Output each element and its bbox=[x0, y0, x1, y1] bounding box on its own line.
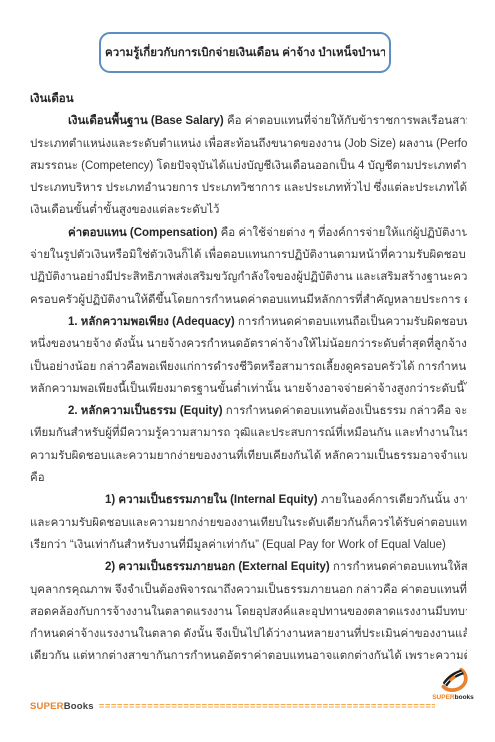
bold-lead: 2. หลักความเป็นธรรม (Equity) bbox=[68, 405, 223, 417]
text-line: 2. หลักความเป็นธรรม (Equity) การกำหนดค่า… bbox=[30, 400, 467, 422]
bold-lead: 1. หลักความพอเพียง (Adequacy) bbox=[68, 316, 235, 328]
footer-brand-books: Books bbox=[64, 701, 94, 712]
subitem-external-equity: 2) ความเป็นธรรมภายนอก (External Equity) … bbox=[30, 556, 467, 667]
title-box: ความรู้เกี่ยวกับการเบิกจ่ายเงินเดือน ค่า… bbox=[99, 32, 391, 73]
text-run: การกำหนดค่าตอบแทนถือเป็นความรับผิดชอบทาง… bbox=[235, 316, 467, 328]
text-line: จ่ายในรูปตัวเงินหรือมิใช่ตัวเงินก็ได้ เพ… bbox=[30, 244, 467, 266]
item-adequacy: 1. หลักความพอเพียง (Adequacy) การกำหนดค่… bbox=[30, 311, 467, 400]
document-body: เงินเดือน เงินเดือนพื้นฐาน (Base Salary)… bbox=[30, 88, 467, 668]
text-line: หนึ่งของนายจ้าง ดังนั้น นายจ้างควรกำหนดอ… bbox=[30, 333, 467, 355]
paragraph-base-salary: เงินเดือนพื้นฐาน (Base Salary) คือ ค่าตอ… bbox=[30, 110, 467, 221]
text-line: เงินเดือนขั้นต่ำขั้นสูงของแต่ละระดับไว้ bbox=[30, 199, 467, 221]
document-page: ความรู้เกี่ยวกับการเบิกจ่ายเงินเดือน ค่า… bbox=[0, 0, 495, 742]
bold-lead: เงินเดือนพื้นฐาน (Base Salary) bbox=[68, 115, 224, 127]
footer: SUPERBooks =============================… bbox=[30, 697, 435, 715]
logo-text-super: SUPER bbox=[432, 694, 454, 701]
item-equity: 2. หลักความเป็นธรรม (Equity) การกำหนดค่า… bbox=[30, 400, 467, 489]
text-line: หลักความพอเพียงนี้เป็นเพียงมาตรฐานขั้นต่… bbox=[30, 378, 467, 400]
text-line: 1) ความเป็นธรรมภายใน (Internal Equity) ภ… bbox=[30, 489, 467, 511]
text-line: กำหนดค่าจ้างแรงงานในตลาด ดังนั้น จึงเป็น… bbox=[30, 623, 467, 645]
text-line: บุคลากรคุณภาพ จึงจำเป็นต้องพิจารณาถึงควา… bbox=[30, 579, 467, 601]
text-line: สอดคล้องกับการจ้างงานในตลาดแรงงาน โดยอุป… bbox=[30, 601, 467, 623]
footer-brand-super: SUPER bbox=[30, 701, 64, 712]
text-line: ปฏิบัติงานอย่างมีประสิทธิภาพส่งเสริมขวัญ… bbox=[30, 266, 467, 288]
superbooks-logo-text: SUPERbooks bbox=[432, 694, 474, 702]
footer-brand: SUPERBooks bbox=[30, 701, 94, 712]
text-line: คือ bbox=[30, 467, 467, 489]
text-run: คือ ค่าใช้จ่ายต่าง ๆ ที่องค์การจ่ายให้แก… bbox=[217, 227, 467, 239]
text-line: สมรรถนะ (Competency) โดยปัจจุบันได้แบ่งบ… bbox=[30, 155, 467, 177]
text-run: คือ ค่าตอบแทนที่จ่ายให้กับข้าราชการพลเรื… bbox=[224, 115, 467, 127]
section-heading: เงินเดือน bbox=[30, 88, 467, 110]
text-run: การกำหนดค่าตอบแทนต้องเป็นธรรม กล่าวคือ จ… bbox=[223, 405, 467, 417]
text-line: ค่าตอบแทน (Compensation) คือ ค่าใช้จ่ายต… bbox=[30, 222, 467, 244]
text-run: การกำหนดค่าตอบแทนให้สามารถดึงดูด bbox=[330, 561, 467, 573]
text-line: และความรับผิดชอบและความยากง่ายของงานเทีย… bbox=[30, 512, 467, 534]
paragraph-compensation: ค่าตอบแทน (Compensation) คือ ค่าใช้จ่ายต… bbox=[30, 222, 467, 311]
text-run: ภายในองค์การเดียวกันนั้น งานที่มีระดับหน… bbox=[318, 494, 467, 506]
footer-divider-rule: ========================================… bbox=[99, 701, 435, 712]
text-line: ครอบครัวผู้ปฏิบัติงานให้ดีขึ้นโดยการกำหน… bbox=[30, 289, 467, 311]
bold-lead: 1) ความเป็นธรรมภายใน (Internal Equity) bbox=[105, 494, 318, 506]
text-line: 1. หลักความพอเพียง (Adequacy) การกำหนดค่… bbox=[30, 311, 467, 333]
bold-lead: ค่าตอบแทน (Compensation) bbox=[68, 227, 217, 239]
subitem-internal-equity: 1) ความเป็นธรรมภายใน (Internal Equity) ภ… bbox=[30, 489, 467, 556]
text-line: 2) ความเป็นธรรมภายนอก (External Equity) … bbox=[30, 556, 467, 578]
superbooks-logo: SUPERbooks bbox=[429, 666, 477, 702]
text-line: ประเภทบริหาร ประเภทอำนวยการ ประเภทวิชากา… bbox=[30, 177, 467, 199]
superbooks-swoosh-book-icon bbox=[438, 666, 468, 694]
logo-text-books: books bbox=[455, 694, 474, 701]
text-line: ความรับผิดชอบและความยากง่ายของงานที่เทีย… bbox=[30, 445, 467, 467]
page-title: ความรู้เกี่ยวกับการเบิกจ่ายเงินเดือน ค่า… bbox=[105, 44, 385, 62]
text-line: เงินเดือนพื้นฐาน (Base Salary) คือ ค่าตอ… bbox=[30, 110, 467, 132]
text-line: เรียกว่า “เงินเท่ากันสำหรับงานที่มีมูลค่… bbox=[30, 534, 467, 556]
text-line: เดียวกัน แต่หากต่างสาขากันการกำหนดอัตราค… bbox=[30, 645, 467, 667]
text-line: เป็นอย่างน้อย กล่าวคือพอเพียงแก่การดำรงช… bbox=[30, 356, 467, 378]
text-line: ประเภทตำแหน่งและระดับตำแหน่ง เพื่อสะท้อน… bbox=[30, 133, 467, 155]
text-line: เทียมกันสำหรับผู้ที่มีความรู้ความสามารถ … bbox=[30, 422, 467, 444]
bold-lead: 2) ความเป็นธรรมภายนอก (External Equity) bbox=[105, 561, 330, 573]
